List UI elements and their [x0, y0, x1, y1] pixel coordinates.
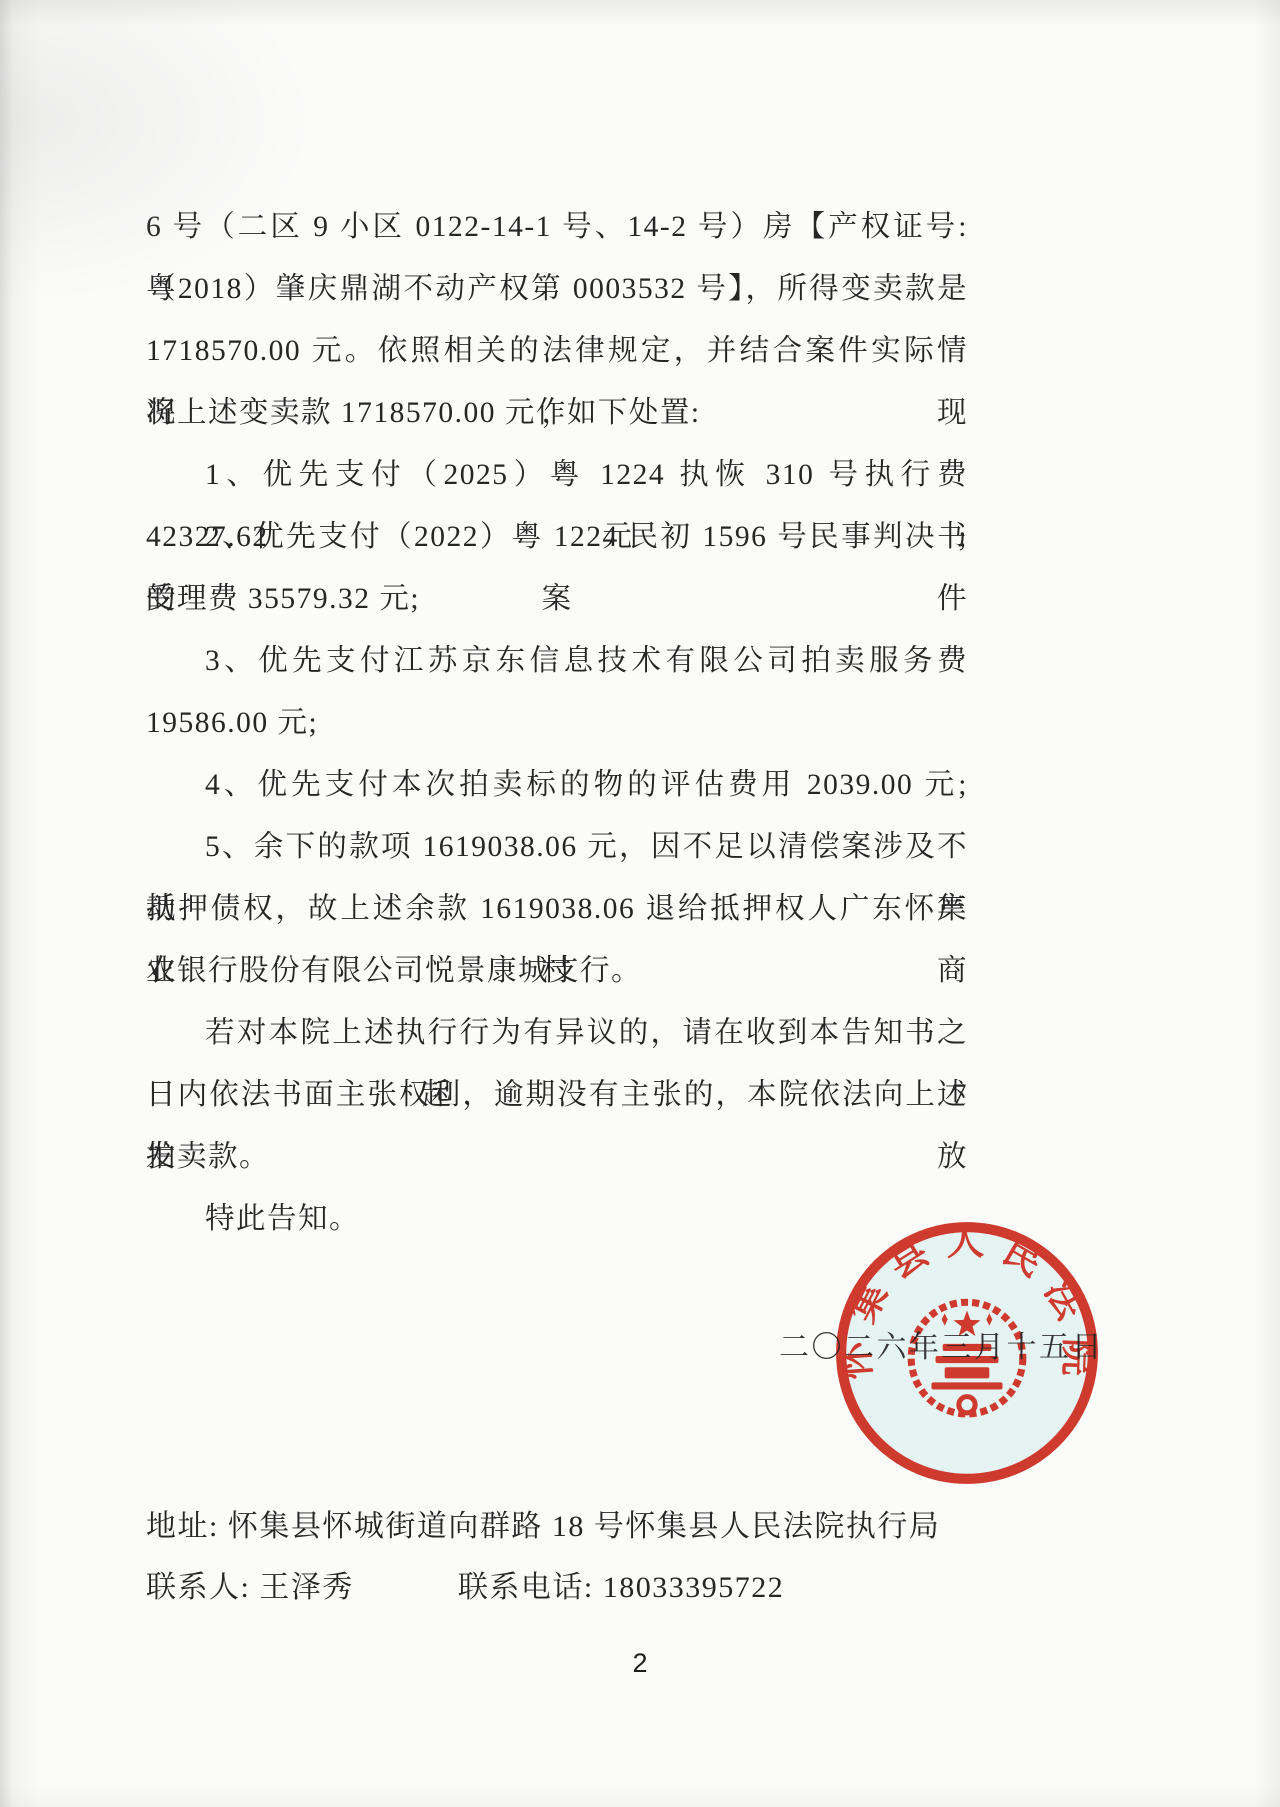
body-line-item-2: 2、优先支付（2022）粤 1224 民初 1596 号民事判决书的案件	[146, 506, 968, 568]
contact-person-name: 王泽秀	[259, 1571, 354, 1604]
body-line: 19586.00 元;	[146, 692, 968, 754]
contact-line: 联系人: 王泽秀联系电话: 18033395722	[146, 1567, 1046, 1609]
body-line: 若对本院上述执行行为有异议的，请在收到本告知书之日起 7	[146, 1002, 968, 1064]
body-line-item-4: 4、优先支付本次拍卖标的物的评估费用 2039.00 元;	[146, 754, 968, 816]
body-line: 抵押债权，故上述余款 1619038.06 退给抵押权人广东怀集农村商	[146, 878, 968, 940]
body-line: 6 号（二区 9 小区 0122-14-1 号、14-2 号）房【产权证号: 粤	[146, 196, 968, 258]
body-line: 日内依法书面主张权利，逾期没有主张的，本院依法向上述发放	[146, 1064, 968, 1126]
footer-contact-block: 地址: 怀集县怀城街道向群路 18 号怀集县人民法院执行局 联系人: 王泽秀联系…	[146, 1506, 1046, 1609]
body-line-item-5: 5、余下的款项 1619038.06 元，因不足以清偿案涉及不动产	[146, 816, 968, 878]
document-date: 二〇二六年三月十五日	[779, 1322, 1104, 1366]
phone-label: 联系电话:	[458, 1571, 603, 1604]
address-line: 地址: 怀集县怀城街道向群路 18 号怀集县人民法院执行局	[146, 1506, 1046, 1548]
page-number: 2	[0, 1648, 1280, 1679]
contact-person-label: 联系人:	[146, 1571, 259, 1604]
scanned-document-page: 6 号（二区 9 小区 0122-14-1 号、14-2 号）房【产权证号: 粤…	[0, 0, 1280, 1807]
body-line-item-3: 3、优先支付江苏京东信息技术有限公司拍卖服务费	[146, 630, 968, 692]
body-line-item-1: 1、优先支付（2025）粤 1224 执恢 310 号执行费 42327.62 …	[146, 444, 968, 506]
document-body: 6 号（二区 9 小区 0122-14-1 号、14-2 号）房【产权证号: 粤…	[146, 196, 968, 1250]
phone-number: 18033395722	[603, 1571, 785, 1604]
address-text: 地址: 怀集县怀城街道向群路 18 号怀集县人民法院执行局	[146, 1510, 940, 1543]
body-line: （2018）肇庆鼎湖不动产权第 0003532 号】，所得变卖款是	[146, 258, 968, 320]
body-line: 1718570.00 元。依照相关的法律规定，并结合案件实际情况，现	[146, 320, 968, 382]
